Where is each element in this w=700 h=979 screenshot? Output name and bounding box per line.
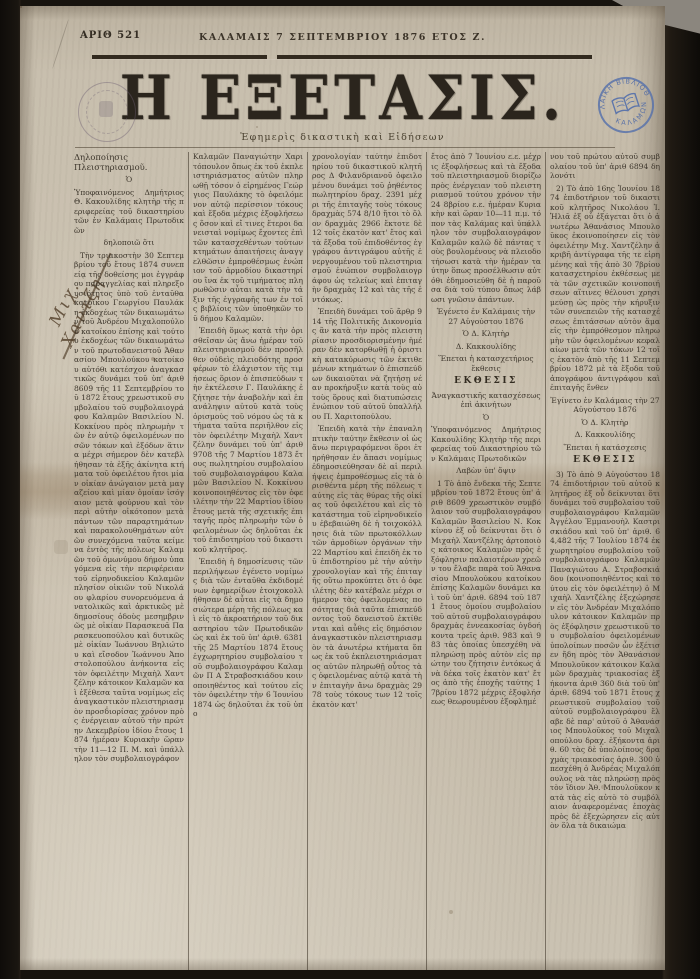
header-row: ΑΡΙΘ 521 ΚΑΛΑΜΑΙΣ 7 ΣΕΠΤΕΜΒΡΙΟΥ 1876 ΕΤΟ… [60, 30, 625, 46]
column-4-paragraph: Ἕπεται ἡ κατασχετήριος ἔκθεσις [431, 354, 541, 373]
article-columns: Δηλοποίησις Πλειστηριασμοῦ.ὉὙποφαινόμενο… [70, 152, 664, 970]
faded-ink-stamp [78, 82, 136, 142]
column-1: Δηλοποίησις Πλειστηριασμοῦ.ὉὙποφαινόμενο… [70, 152, 188, 970]
column-1-paragraph: Ὑποφαινόμενος Δημήτριος Θ. Κακουλίδης κλ… [74, 188, 184, 236]
column-1-paragraph: Τὴν τριακοστὴν 30 Σεπτεμβρίου τοῦ ἔτους … [74, 251, 184, 764]
column-3: χρονολογίαν ταύτην ἐπιδοτηρίου τοῦ δικασ… [307, 152, 426, 970]
masthead-rule [92, 55, 592, 59]
column-4: ἔτος ἀπὸ 7 Ἰουνίου ε.ε. μέχρις ἐξοφλήσεω… [426, 152, 545, 970]
column-1-paragraph: Ὁ [74, 175, 184, 185]
column-4-paragraph: Ὁ [431, 413, 541, 423]
column-5-paragraph: 2) Τὸ ἀπὸ 16ης Ἰουνίου 1874 ἐπιδοτήριον … [550, 184, 660, 393]
column-4-paragraph: Ἀναγκαστικῆς κατασχέσεως ἐπὶ ἀκινήτων [431, 391, 541, 410]
column-4-paragraph: Ἐγένετο ἐν Καλάμαις τὴν 27 Αὐγούστου 187… [431, 307, 541, 326]
column-5-paragraph: Ἐγίνετο ἐν Καλάμαις τὴν 27 Αὐγούστου 187… [550, 396, 660, 415]
column-5: νου τοῦ πρώτου αὐτοῦ συμβολαίου τοῦ ὑπ' … [545, 152, 664, 970]
column-2-paragraph: Ἐπειδὴ ὅμως κατὰ τὴν ὁρισθεῖσαν ὡς ἄνω ἡ… [193, 326, 303, 554]
dateline: ΚΑΛΑΜΑΙΣ 7 ΣΕΠΤΕΜΒΡΙΟΥ 1876 ΕΤΟΣ Ζ. [60, 32, 625, 43]
column-2-paragraph: Καλαμῶν Παναγιώτην Χαριτόπουλον ὅπως ἐκ … [193, 152, 303, 323]
newspaper-scan: ΑΡΙΘ 521 ΚΑΛΑΜΑΙΣ 7 ΣΕΠΤΕΜΒΡΙΟΥ 1876 ΕΤΟ… [0, 0, 700, 979]
column-4-paragraph: 1 Τὸ ἀπὸ ἕνδεκα τῆς Σεπτεμβρίου τοῦ 1872… [431, 479, 541, 707]
open-book-icon [612, 93, 639, 115]
column-4-paragraph: ἔτος ἀπὸ 7 Ἰουνίου ε.ε. μέχρις ἐξοφλήσεω… [431, 152, 541, 304]
column-5-paragraph: Ἕπεται ἡ κατάσχεσις [550, 443, 660, 453]
column-3-paragraph: Ἐπειδὴ δυνάμει τοῦ ἄρθρ 914 τῆς Πολιτικῆ… [312, 307, 422, 421]
column-3-paragraph: Ἐπειδὴ κατὰ τὴν ἐπαναληπτικὴν ταύτην ἔκθ… [312, 424, 422, 709]
column-5-paragraph: νου τοῦ πρώτου αὐτοῦ συμβολαίου τοῦ ὑπ' … [550, 152, 660, 181]
column-5-paragraph: ΕΚΘΕΣΙΣ [550, 456, 660, 466]
column-5-paragraph: Δ. Κακκουλίδης [550, 430, 660, 440]
column-3-paragraph: χρονολογίαν ταύτην ἐπιδοτηρίου τοῦ δικασ… [312, 152, 422, 304]
subtitle-rule [75, 147, 615, 148]
column-4-paragraph: Ὁ Δ. Κλητὴρ [431, 329, 541, 339]
column-2-paragraph: Ἐπειδὴ ἡ δημοσίευσις τῶν περιλήψεων ἐγέν… [193, 557, 303, 719]
column-1-paragraph: δηλοποιῶ ὅτι [74, 238, 184, 248]
column-2: Καλαμῶν Παναγιώτην Χαριτόπουλον ὅπως ἐκ … [188, 152, 307, 970]
column-1-paragraph: Δηλοποίησις Πλειστηριασμοῦ. [74, 152, 184, 172]
column-4-paragraph: Δ. Κακκουλίδης [431, 342, 541, 352]
column-5-paragraph: 3) Τὸ ἀπὸ 9 Αὐγούστου 1874 ἐπιδοτήριον τ… [550, 470, 660, 831]
paper-stain-specks [20, 6, 22, 8]
column-5-paragraph: Ὁ Δ. Κλητὴρ [550, 418, 660, 428]
column-4-paragraph: Λαβὼν ὑπ' ὄψιν [431, 466, 541, 476]
column-4-paragraph: Ὑποφαινόμενος Δημήτριος Κακουλίδης Κλητὴ… [431, 425, 541, 463]
faded-stamp-emblem [99, 101, 113, 117]
newspaper-page: ΑΡΙΘ 521 ΚΑΛΑΜΑΙΣ 7 ΣΕΠΤΕΜΒΡΙΟΥ 1876 ΕΤΟ… [20, 6, 665, 970]
column-4-paragraph: ΕΚΘΕΣΙΣ [431, 377, 541, 387]
